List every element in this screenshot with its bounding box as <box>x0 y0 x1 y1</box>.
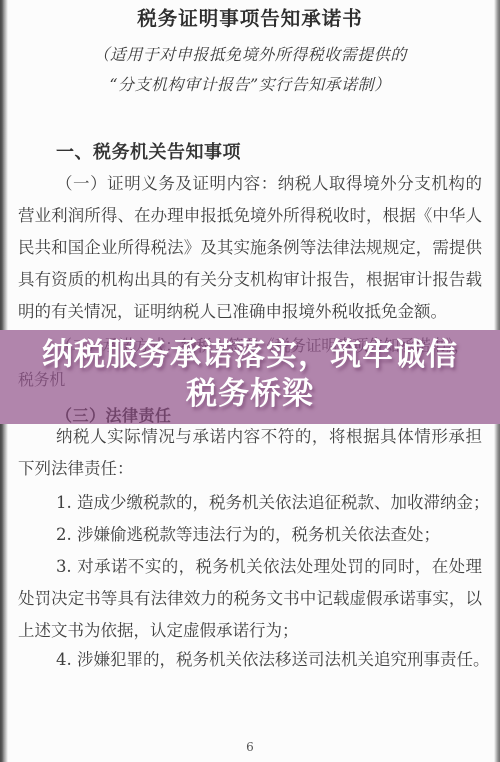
liability-item-1: 1. 造成少缴税款的，税务机关依法追征税款、加收滞纳金； <box>56 487 490 519</box>
paragraph-certification-obligation: （一）证明义务及证明内容：纳税人取得境外分支机构的营业利润所得、在办理申报抵免境… <box>18 168 482 328</box>
promo-banner-overlay: （二）承诺方式：纳税人签署《税务证明事项告知承诺书》， 税务机 （三）法律责任 … <box>0 330 500 424</box>
document-subtitle-line2: “分支机构审计报告”实行告知承诺制） <box>0 72 500 98</box>
page-number: 6 <box>0 740 500 754</box>
liability-item-4: 4. 涉嫌犯罪的，税务机关依法移送司法机关追究刑事责任。 <box>56 644 490 676</box>
paragraph-liability-intro: 纳税人实际情况与承诺内容不符的，将根据具体情形承担下列法律责任： <box>18 421 482 485</box>
liability-item-2: 2. 涉嫌偷逃税款等违法行为的，税务机关依法查处； <box>56 519 440 551</box>
section-heading-notified-matters: 一、税务机关告知事项 <box>56 138 241 164</box>
document-title: 税务证明事项告知承诺书 <box>0 4 500 34</box>
banner-slogan-line1: 纳税服务承诺落实，筑牢诚信 <box>0 336 500 375</box>
document-subtitle-line1: （适用于对申报抵免境外所得税收需提供的 <box>0 42 500 68</box>
banner-slogan: 纳税服务承诺落实，筑牢诚信 税务桥梁 <box>0 336 500 414</box>
banner-slogan-line2: 税务桥梁 <box>0 375 500 414</box>
liability-item-3: 3. 对承诺不实的，税务机关依法处理处罚的同时，在处理处罚决定书等具有法律效力的… <box>18 551 482 647</box>
scanned-document-page: 税务证明事项告知承诺书 （适用于对申报抵免境外所得税收需提供的 “分支机构审计报… <box>0 0 500 762</box>
